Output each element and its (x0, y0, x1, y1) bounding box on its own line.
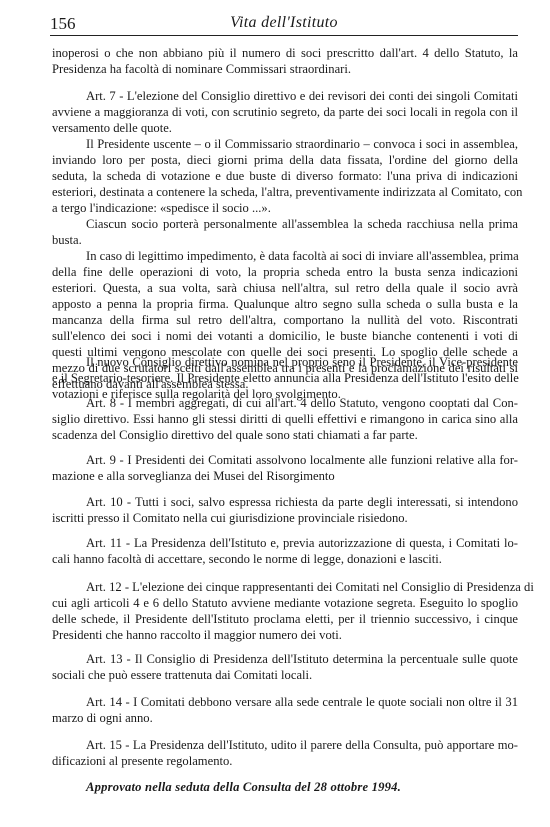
text-line: apposto a penna la propria firma. Qualun… (52, 296, 518, 312)
text-line: In caso di legittimo impedimento, è data… (86, 248, 518, 264)
text-line: inviando loro per posta, dieci giorni pr… (52, 152, 518, 168)
text-line: Ciascun socio porterà personalmente all'… (86, 216, 518, 232)
text-line: siglio direttivo. Essi hanno gli stessi … (52, 411, 518, 427)
text-line: Presidenza ha facoltà di nominare Commis… (52, 61, 518, 77)
text-line: Il Presidente uscente – o il Commissario… (86, 136, 518, 152)
text-line: avviene a maggioranza di voti, con scrut… (52, 104, 518, 120)
text-line: della fine delle operazioni di voto, la … (52, 264, 518, 280)
approval-note: Approvato nella seduta della Consulta de… (86, 780, 401, 795)
page-header: 156 Vita dell'Istituto (50, 14, 518, 36)
text-line: Art. 9 - I Presidenti dei Comitati assol… (86, 452, 518, 468)
text-line: Art. 13 - Il Consiglio di Presidenza del… (86, 651, 518, 667)
text-line: Art. 10 - Tutti i soci, salvo espressa r… (86, 494, 518, 510)
text-line: scadenza del Consiglio direttivo del qua… (52, 427, 518, 443)
text-line: delle schede, il Presidente dell'Istitut… (52, 611, 518, 627)
text-line: cui agli articoli 4 e 6 dello Statuto av… (52, 595, 518, 611)
text-line: Art. 7 - L'elezione del Consiglio dirett… (86, 88, 518, 104)
text-line: Presidenti che hanno raccolto il maggior… (52, 627, 518, 643)
article-15-line: dificazioni al presente regolamento. (52, 753, 518, 769)
text-line: esteriori, destinata a contenere la sche… (52, 184, 518, 200)
text-line: iscritti presso il Comitato nella cui gi… (52, 510, 518, 526)
text-line: marzo di ogni anno. (52, 710, 518, 726)
text-line: Il nuovo Consiglio direttivo nomina nel … (86, 354, 518, 370)
text-line: Art. 14 - I Comitati debbono versare all… (86, 694, 518, 710)
text-line: mancanza della firma sul retro dell'altr… (52, 312, 518, 328)
text-line: Art. 11 - La Presidenza dell'Istituto e,… (86, 535, 518, 551)
text-line: Art. 12 - L'elezione dei cinque rapprese… (86, 579, 518, 595)
text-line: esteriori. Questa, a sua volta, sarà chi… (52, 280, 518, 296)
text-line: Art. 8 - I membri aggregati, di cui all'… (86, 395, 518, 411)
text-line: busta. (52, 232, 518, 248)
text-line: sull'elenco dei soci i nomi dei votanti … (52, 328, 518, 344)
text-line: mazione e alla sorveglianza dei Musei de… (52, 468, 518, 484)
running-title: Vita dell'Istituto (50, 14, 518, 32)
text-line: a tergo l'indicazione: «spedisce il soci… (52, 200, 518, 216)
text-line: inoperosi o che non abbiano più il numer… (52, 45, 518, 61)
article-15-line: Art. 15 - La Presidenza dell'Istituto, u… (86, 737, 518, 753)
text-line: cali hanno facoltà di accettare, secondo… (52, 551, 518, 567)
text-line: sociali che può essere trattenuta dai Co… (52, 667, 518, 683)
text-line: seduta, la scheda di votazione e due bus… (52, 168, 518, 184)
text-line: e il Segretario-tesoriere. Il Presidente… (52, 370, 518, 386)
text-line: versamento delle quote. (52, 120, 518, 136)
header-rule (50, 35, 518, 36)
